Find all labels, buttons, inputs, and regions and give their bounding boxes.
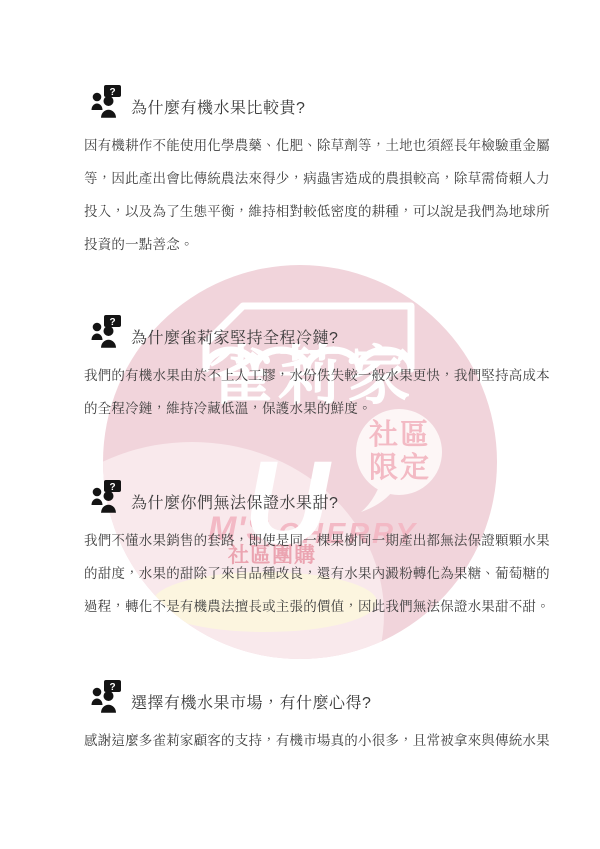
faq-question-row: ? 為什麼雀莉家堅持全程冷鏈? bbox=[90, 315, 600, 348]
answer-line: 的甜度，水果的甜除了來自品種改良，還有水果內澱粉轉化為果糖、葡萄糖的 bbox=[84, 557, 600, 590]
people-question-icon: ? bbox=[90, 480, 122, 513]
answer-line: 我們不懂水果銷售的套路，即使是同一棵果樹同一期產出都無法保證顆顆水果 bbox=[84, 524, 600, 557]
svg-text:?: ? bbox=[109, 87, 115, 98]
faq-question: 為什麼雀莉家堅持全程冷鏈? bbox=[131, 330, 338, 348]
faq-question: 為什麼有機水果比較貴? bbox=[131, 100, 305, 118]
answer-line: 的全程冷鏈，維持冷藏低溫，保護水果的鮮度。 bbox=[84, 392, 600, 425]
people-question-icon: ? bbox=[90, 315, 122, 348]
answer-line: 等，因此產出會比傳統農法來得少，病蟲害造成的農損較高，除草需倚賴人力 bbox=[84, 162, 600, 195]
svg-text:?: ? bbox=[109, 482, 115, 493]
answer-line: 感謝這麼多雀莉家顧客的支持，有機市場真的小很多，且常被拿來與傳統水果 bbox=[84, 724, 600, 757]
answer-line: 投入，以及為了生態平衡，維持相對較低密度的耕種，可以說是我們為地球所 bbox=[84, 195, 600, 228]
svg-text:?: ? bbox=[109, 682, 115, 693]
faq-answer: 我們的有機水果由於不上人工膠，水份佚失較一般水果更快，我們堅持高成本 的全程冷鏈… bbox=[84, 359, 600, 425]
faq-item-2: ? 為什麼雀莉家堅持全程冷鏈? 我們的有機水果由於不上人工膠，水份佚失較一般水果… bbox=[0, 315, 600, 425]
faq-item-4: ? 選擇有機水果市場，有什麼心得? 感謝這麼多雀莉家顧客的支持，有機市場真的小很… bbox=[0, 680, 600, 757]
faq-question-row: ? 選擇有機水果市場，有什麼心得? bbox=[90, 680, 600, 713]
answer-line: 我們的有機水果由於不上人工膠，水份佚失較一般水果更快，我們堅持高成本 bbox=[84, 359, 600, 392]
people-question-icon: ? bbox=[90, 680, 122, 713]
faq-answer: 感謝這麼多雀莉家顧客的支持，有機市場真的小很多，且常被拿來與傳統水果 bbox=[84, 724, 600, 757]
faq-item-3: ? 為什麼你們無法保證水果甜? 我們不懂水果銷售的套路，即使是同一棵果樹同一期產… bbox=[0, 480, 600, 623]
answer-line: 投資的一點善念。 bbox=[84, 228, 600, 261]
answer-line: 因有機耕作不能使用化學農藥、化肥、除草劑等，土地也須經長年檢驗重金屬 bbox=[84, 129, 600, 162]
faq-item-1: ? 為什麼有機水果比較貴? 因有機耕作不能使用化學農藥、化肥、除草劑等，土地也須… bbox=[0, 85, 600, 261]
document-page: 雀莉家 M'S CHERRY U 社區團購 社區 限定 ? 為什麼有機水果比較貴… bbox=[0, 0, 600, 849]
faq-question: 選擇有機水果市場，有什麼心得? bbox=[131, 695, 371, 713]
faq-answer: 因有機耕作不能使用化學農藥、化肥、除草劑等，土地也須經長年檢驗重金屬 等，因此產… bbox=[84, 129, 600, 261]
faq-question: 為什麼你們無法保證水果甜? bbox=[131, 495, 338, 513]
svg-text:?: ? bbox=[109, 317, 115, 328]
faq-question-row: ? 為什麼有機水果比較貴? bbox=[90, 85, 600, 118]
answer-line: 過程，轉化不是有機農法擅長或主張的價值，因此我們無法保證水果甜不甜。 bbox=[84, 590, 600, 623]
faq-answer: 我們不懂水果銷售的套路，即使是同一棵果樹同一期產出都無法保證顆顆水果 的甜度，水… bbox=[84, 524, 600, 623]
people-question-icon: ? bbox=[90, 85, 122, 118]
faq-question-row: ? 為什麼你們無法保證水果甜? bbox=[90, 480, 600, 513]
